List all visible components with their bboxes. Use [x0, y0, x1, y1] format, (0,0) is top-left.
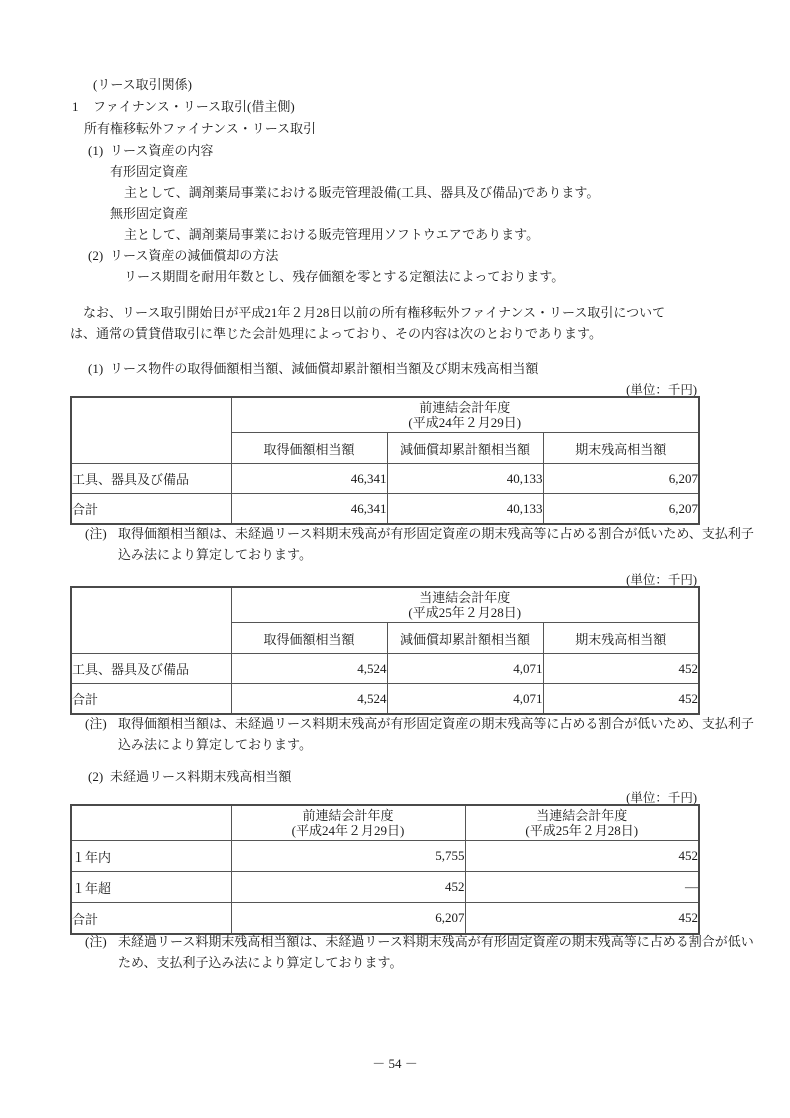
heading-number: 1: [72, 99, 93, 115]
table-row: 前連結会計年度 (平成24年２月29日) 当連結会計年度 (平成25年２月28日…: [71, 805, 699, 841]
cell-value: 452: [543, 684, 699, 715]
transition-paragraph-line1: なお、リース取引開始日が平成21年２月28日以前の所有権移転外ファイナンス・リー…: [70, 302, 665, 323]
note-table-prior: (注) 取得価額相当額は、未経過リース料期末残高が有形固定資産の期末残高等に占め…: [85, 523, 754, 565]
column-header-acquisition: 取得価額相当額: [231, 433, 387, 464]
item1-lease-asset-content: (1)リース資産の内容: [88, 140, 213, 159]
note-line1: 未経過リース料期末残高相当額は、未経過リース料期末残高が有形固定資産の期末残高等…: [118, 931, 754, 952]
note-line1: 取得価額相当額は、未経過リース料期末残高が有形固定資産の期末残高等に占める割合が…: [118, 713, 754, 734]
note-table-current: (注) 取得価額相当額は、未経過リース料期末残高が有形固定資産の期末残高等に占め…: [85, 713, 754, 755]
table-row: 工具、器具及び備品 4,524 4,071 452: [71, 654, 699, 684]
item1-number: (1): [88, 143, 110, 159]
item2-number: (2): [88, 248, 110, 264]
period-date: (平成25年２月28日): [466, 823, 699, 838]
period-header-cell: 当連結会計年度 (平成25年２月28日): [231, 587, 699, 623]
table-row: １年内 5,755 452: [71, 841, 699, 872]
note-line1: 取得価額相当額は、未経過リース料期末残高が有形固定資産の期末残高等に占める割合が…: [118, 523, 754, 544]
cell-value: 6,207: [543, 494, 699, 525]
transition-paragraph: なお、リース取引開始日が平成21年２月28日以前の所有権移転外ファイナンス・リー…: [70, 302, 665, 344]
intangible-assets-description: 主として、調剤薬局事業における販売管理用ソフトウエアであります。: [124, 224, 539, 243]
cell-value: 6,207: [231, 903, 465, 935]
column-header-balance: 期末残高相当額: [543, 623, 699, 654]
cell-value: 452: [465, 841, 699, 872]
column-header-depreciation: 減価償却累計額相当額: [387, 433, 543, 464]
column-header-balance: 期末残高相当額: [543, 433, 699, 464]
row-label-total: 合計: [71, 494, 231, 525]
transition-paragraph-line2: は、通常の賃貸借取引に準じた会計処理によっており、その内容は次のとおりであります…: [70, 323, 665, 344]
column-header-depreciation: 減価償却累計額相当額: [387, 623, 543, 654]
table-row: 工具、器具及び備品 46,341 40,133 6,207: [71, 464, 699, 494]
table-row: 当連結会計年度 (平成25年２月28日): [71, 587, 699, 623]
note-table-future: (注) 未経過リース料期末残高相当額は、未経過リース料期末残高が有形固定資産の期…: [85, 931, 754, 973]
note-line2: ため、支払利子込み法により算定しております。: [118, 952, 754, 973]
row-label-tools: 工具、器具及び備品: [71, 464, 231, 494]
cell-value: 4,524: [231, 684, 387, 715]
period-header-prior: 前連結会計年度 (平成24年２月29日): [231, 805, 465, 841]
note-label: (注): [85, 931, 118, 973]
row-label-total: 合計: [71, 903, 231, 935]
section1-number: (1): [88, 361, 110, 377]
section1-heading: (1)リース物件の取得価額相当額、減価償却累計額相当額及び期末残高相当額: [88, 358, 538, 377]
item2-title: リース資産の減価償却の方法: [110, 248, 278, 263]
table-row: 合計 6,207 452: [71, 903, 699, 935]
intangible-assets-label: 無形固定資産: [110, 203, 188, 222]
section1-title: リース物件の取得価額相当額、減価償却累計額相当額及び期末残高相当額: [110, 361, 538, 376]
cell-value: 5,755: [231, 841, 465, 872]
table-row: 合計 4,524 4,071 452: [71, 684, 699, 715]
acquisition-table-prior-year: 前連結会計年度 (平成24年２月29日) 取得価額相当額 減価償却累計額相当額 …: [70, 396, 700, 525]
document-page: (リース取引関係) 1ファイナンス・リース取引(借主側) 所有権移転外ファイナン…: [0, 0, 790, 1118]
heading-finance-lease: 1ファイナンス・リース取引(借主側): [72, 96, 295, 115]
section2-heading: (2)未経過リース料期末残高相当額: [88, 766, 291, 785]
cell-value: 452: [231, 872, 465, 903]
blank-corner-cell: [71, 587, 231, 654]
note-line2: 込み法により算定しております。: [118, 734, 754, 755]
section2-number: (2): [88, 769, 110, 785]
period-header-current: 当連結会計年度 (平成25年２月28日): [465, 805, 699, 841]
table-row: 合計 46,341 40,133 6,207: [71, 494, 699, 525]
cell-value: 46,341: [231, 494, 387, 525]
cell-value: 4,071: [387, 654, 543, 684]
cell-value: —: [465, 872, 699, 903]
tangible-assets-description: 主として、調剤薬局事業における販売管理設備(工具、器具及び備品)であります。: [124, 182, 599, 201]
cell-value: 46,341: [231, 464, 387, 494]
blank-corner-cell: [71, 397, 231, 464]
item2-description: リース期間を耐用年数とし、残存価額を零とする定額法によっております。: [124, 266, 564, 285]
row-label-total: 合計: [71, 684, 231, 715]
cell-value: 4,524: [231, 654, 387, 684]
cell-value: 40,133: [387, 464, 543, 494]
section2-title: 未経過リース料期末残高相当額: [110, 769, 291, 784]
cell-value: 40,133: [387, 494, 543, 525]
cell-value: 452: [465, 903, 699, 935]
heading-title: ファイナンス・リース取引(借主側): [93, 99, 295, 114]
note-label: (注): [85, 713, 118, 755]
period-date: (平成24年２月29日): [232, 415, 699, 430]
period-name: 当連結会計年度: [466, 808, 699, 823]
table-row: 前連結会計年度 (平成24年２月29日): [71, 397, 699, 433]
tangible-assets-label: 有形固定資産: [110, 161, 188, 180]
note-line2: 込み法により算定しております。: [118, 544, 754, 565]
item1-title: リース資産の内容: [110, 143, 213, 158]
row-label-tools: 工具、器具及び備品: [71, 654, 231, 684]
item2-depreciation-method: (2)リース資産の減価償却の方法: [88, 245, 278, 264]
period-name: 前連結会計年度: [232, 808, 465, 823]
period-header-cell: 前連結会計年度 (平成24年２月29日): [231, 397, 699, 433]
row-label-within-one-year: １年内: [71, 841, 231, 872]
table-row: １年超 452 —: [71, 872, 699, 903]
subheading-ownership-transfer: 所有権移転外ファイナンス・リース取引: [84, 118, 316, 137]
blank-corner-cell: [71, 805, 231, 841]
note-text: 未経過リース料期末残高相当額は、未経過リース料期末残高が有形固定資産の期末残高等…: [118, 931, 754, 973]
cell-value: 6,207: [543, 464, 699, 494]
future-lease-payments-table: 前連結会計年度 (平成24年２月29日) 当連結会計年度 (平成25年２月28日…: [70, 804, 700, 935]
note-text: 取得価額相当額は、未経過リース料期末残高が有形固定資産の期末残高等に占める割合が…: [118, 713, 754, 755]
page-number: － 54 －: [0, 1053, 790, 1072]
acquisition-table-current-year: 当連結会計年度 (平成25年２月28日) 取得価額相当額 減価償却累計額相当額 …: [70, 586, 700, 715]
period-date: (平成25年２月28日): [232, 605, 699, 620]
cell-value: 4,071: [387, 684, 543, 715]
row-label-over-one-year: １年超: [71, 872, 231, 903]
note-label: (注): [85, 523, 118, 565]
section-note: (リース取引関係): [93, 74, 192, 93]
note-text: 取得価額相当額は、未経過リース料期末残高が有形固定資産の期末残高等に占める割合が…: [118, 523, 754, 565]
cell-value: 452: [543, 654, 699, 684]
column-header-acquisition: 取得価額相当額: [231, 623, 387, 654]
period-name: 当連結会計年度: [232, 590, 699, 605]
period-date: (平成24年２月29日): [232, 823, 465, 838]
period-name: 前連結会計年度: [232, 400, 699, 415]
